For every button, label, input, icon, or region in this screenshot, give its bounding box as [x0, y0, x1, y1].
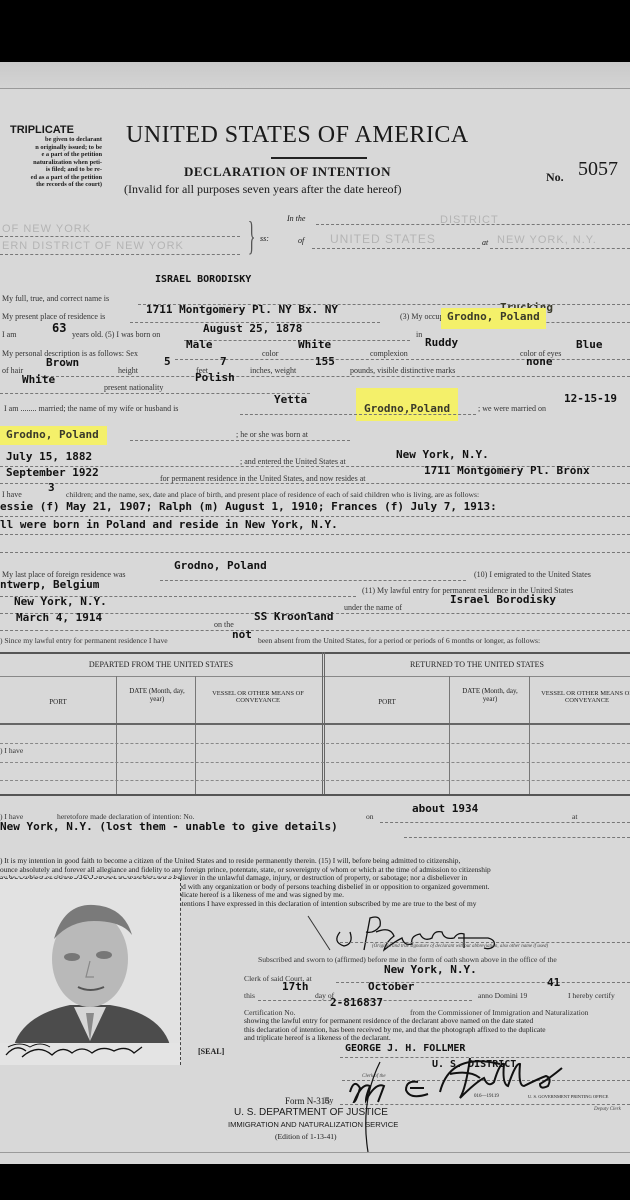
spouse-entry-port: New York, N.Y. — [396, 448, 489, 461]
spouse-residence: 1711 Montgomery Pl. Bronx — [424, 464, 590, 477]
sworn-year: 41 — [547, 976, 560, 989]
declarant-name: ISRAEL BORODISKY — [155, 274, 251, 285]
portrait-image — [0, 879, 180, 1065]
eye-color: Blue — [576, 338, 603, 351]
color: White — [298, 338, 331, 351]
form-number: Form N-315 — [285, 1096, 330, 1106]
declaration-number: 5057 — [578, 158, 618, 181]
document-subtitle: DECLARATION OF INTENTION — [184, 164, 391, 180]
service-name: IMMIGRATION AND NATURALIZATION SERVICE — [228, 1120, 398, 1129]
entry-date: March 4, 1914 — [16, 611, 102, 624]
birth-place: Grodno, Poland — [441, 308, 546, 329]
height-inches: 7 — [220, 355, 227, 368]
venue-state: OF NEW YORK — [2, 223, 91, 235]
absence-value: not — [232, 628, 252, 641]
prior-declaration-date: about 1934 — [412, 802, 478, 815]
sworn-day: 17th — [282, 980, 309, 993]
hair-color: Brown — [46, 356, 79, 369]
children-line-1: essie (f) May 21, 1907; Ralph (m) August… — [0, 500, 497, 513]
table-row — [0, 780, 630, 781]
triplicate-note: TRIPLICATE be given to declarant n origi… — [2, 124, 102, 189]
foreign-residence: Grodno, Poland — [174, 559, 267, 572]
vessel-name: SS Kroonland — [254, 610, 333, 623]
title-rule — [271, 157, 367, 159]
print-code: 016—19119 — [474, 1094, 499, 1099]
printer: U. S. GOVERNMENT PRINTING OFFICE — [528, 1094, 608, 1099]
entry-port: New York, N.Y. — [14, 595, 107, 608]
spouse-birthplace: Grodno,Poland — [356, 388, 458, 421]
marriage-date: 12-15-19 — [564, 392, 617, 405]
children-count: 3 — [48, 481, 55, 494]
table-row — [0, 743, 630, 744]
department-name: U. S. DEPARTMENT OF JUSTICE — [234, 1107, 388, 1118]
spouse-birth-date: July 15, 1882 — [6, 450, 92, 463]
triplicate-title: TRIPLICATE — [2, 124, 102, 136]
col-port-returned: PORT — [326, 698, 448, 706]
departed-header: DEPARTED FROM THE UNITED STATES — [0, 660, 322, 669]
weight: 155 — [315, 355, 335, 368]
declaration-document: TRIPLICATE be given to declarant n origi… — [0, 62, 630, 1164]
children-line-2: ll were born in Poland and reside in New… — [0, 518, 338, 531]
returned-header: RETURNED TO THE UNITED STATES — [324, 660, 630, 669]
court-type: DISTRICT — [440, 214, 499, 226]
document-title: UNITED STATES OF AMERICA — [126, 122, 469, 149]
prior-declaration-place: New York, N.Y. (lost them - unable to gi… — [0, 820, 338, 833]
age: 63 — [52, 321, 66, 335]
race: White — [22, 373, 55, 386]
col-vessel-returned: VESSEL OR OTHER MEANS OF CONVEYANCE — [532, 690, 630, 704]
complexion: Ruddy — [425, 336, 458, 349]
col-date-returned: DATE (Month, day, year) — [455, 687, 525, 703]
validity-note: (Invalid for all purposes seven years af… — [124, 182, 402, 197]
number-label: No. — [546, 170, 564, 185]
entry-name: Israel Borodisky — [450, 593, 556, 606]
certification-number: 2-816837 — [330, 996, 383, 1009]
emigrated-from: ntwerp, Belgium — [0, 578, 99, 591]
declarant-photo — [0, 878, 181, 1065]
sworn-place: New York, N.Y. — [384, 963, 477, 976]
height-feet: 5 — [164, 355, 171, 368]
certification-text: showing the lawful entry for permanent r… — [244, 1017, 546, 1043]
nationality: Polish — [195, 371, 235, 384]
seal-label: [SEAL] — [198, 1047, 224, 1056]
declarant-signature — [300, 910, 590, 956]
sex: Male — [186, 338, 213, 351]
court-of: UNITED STATES — [330, 232, 436, 246]
venue-brace: } — [248, 216, 256, 256]
spouse-entry-date: September 1922 — [6, 466, 99, 479]
col-port-departed: PORT — [0, 698, 116, 706]
birth-date: August 25, 1878 — [203, 322, 302, 335]
table-row — [0, 762, 630, 763]
venue-district: ERN DISTRICT OF NEW YORK — [2, 240, 184, 252]
edition: (Edition of 1-13-41) — [275, 1132, 337, 1141]
court-location: NEW YORK, N.Y. — [497, 234, 597, 246]
marriage-place: Grodno, Poland — [0, 426, 107, 445]
col-date-departed: DATE (Month, day, year) — [122, 687, 192, 703]
spouse-name: Yetta — [274, 393, 307, 406]
col-vessel-departed: VESSEL OR OTHER MEANS OF CONVEYANCE — [198, 690, 318, 704]
sworn-month: October — [368, 980, 414, 993]
residence: 1711 Montgomery Pl. NY Bx. NY — [146, 303, 338, 316]
distinctive-marks: none — [526, 355, 553, 368]
